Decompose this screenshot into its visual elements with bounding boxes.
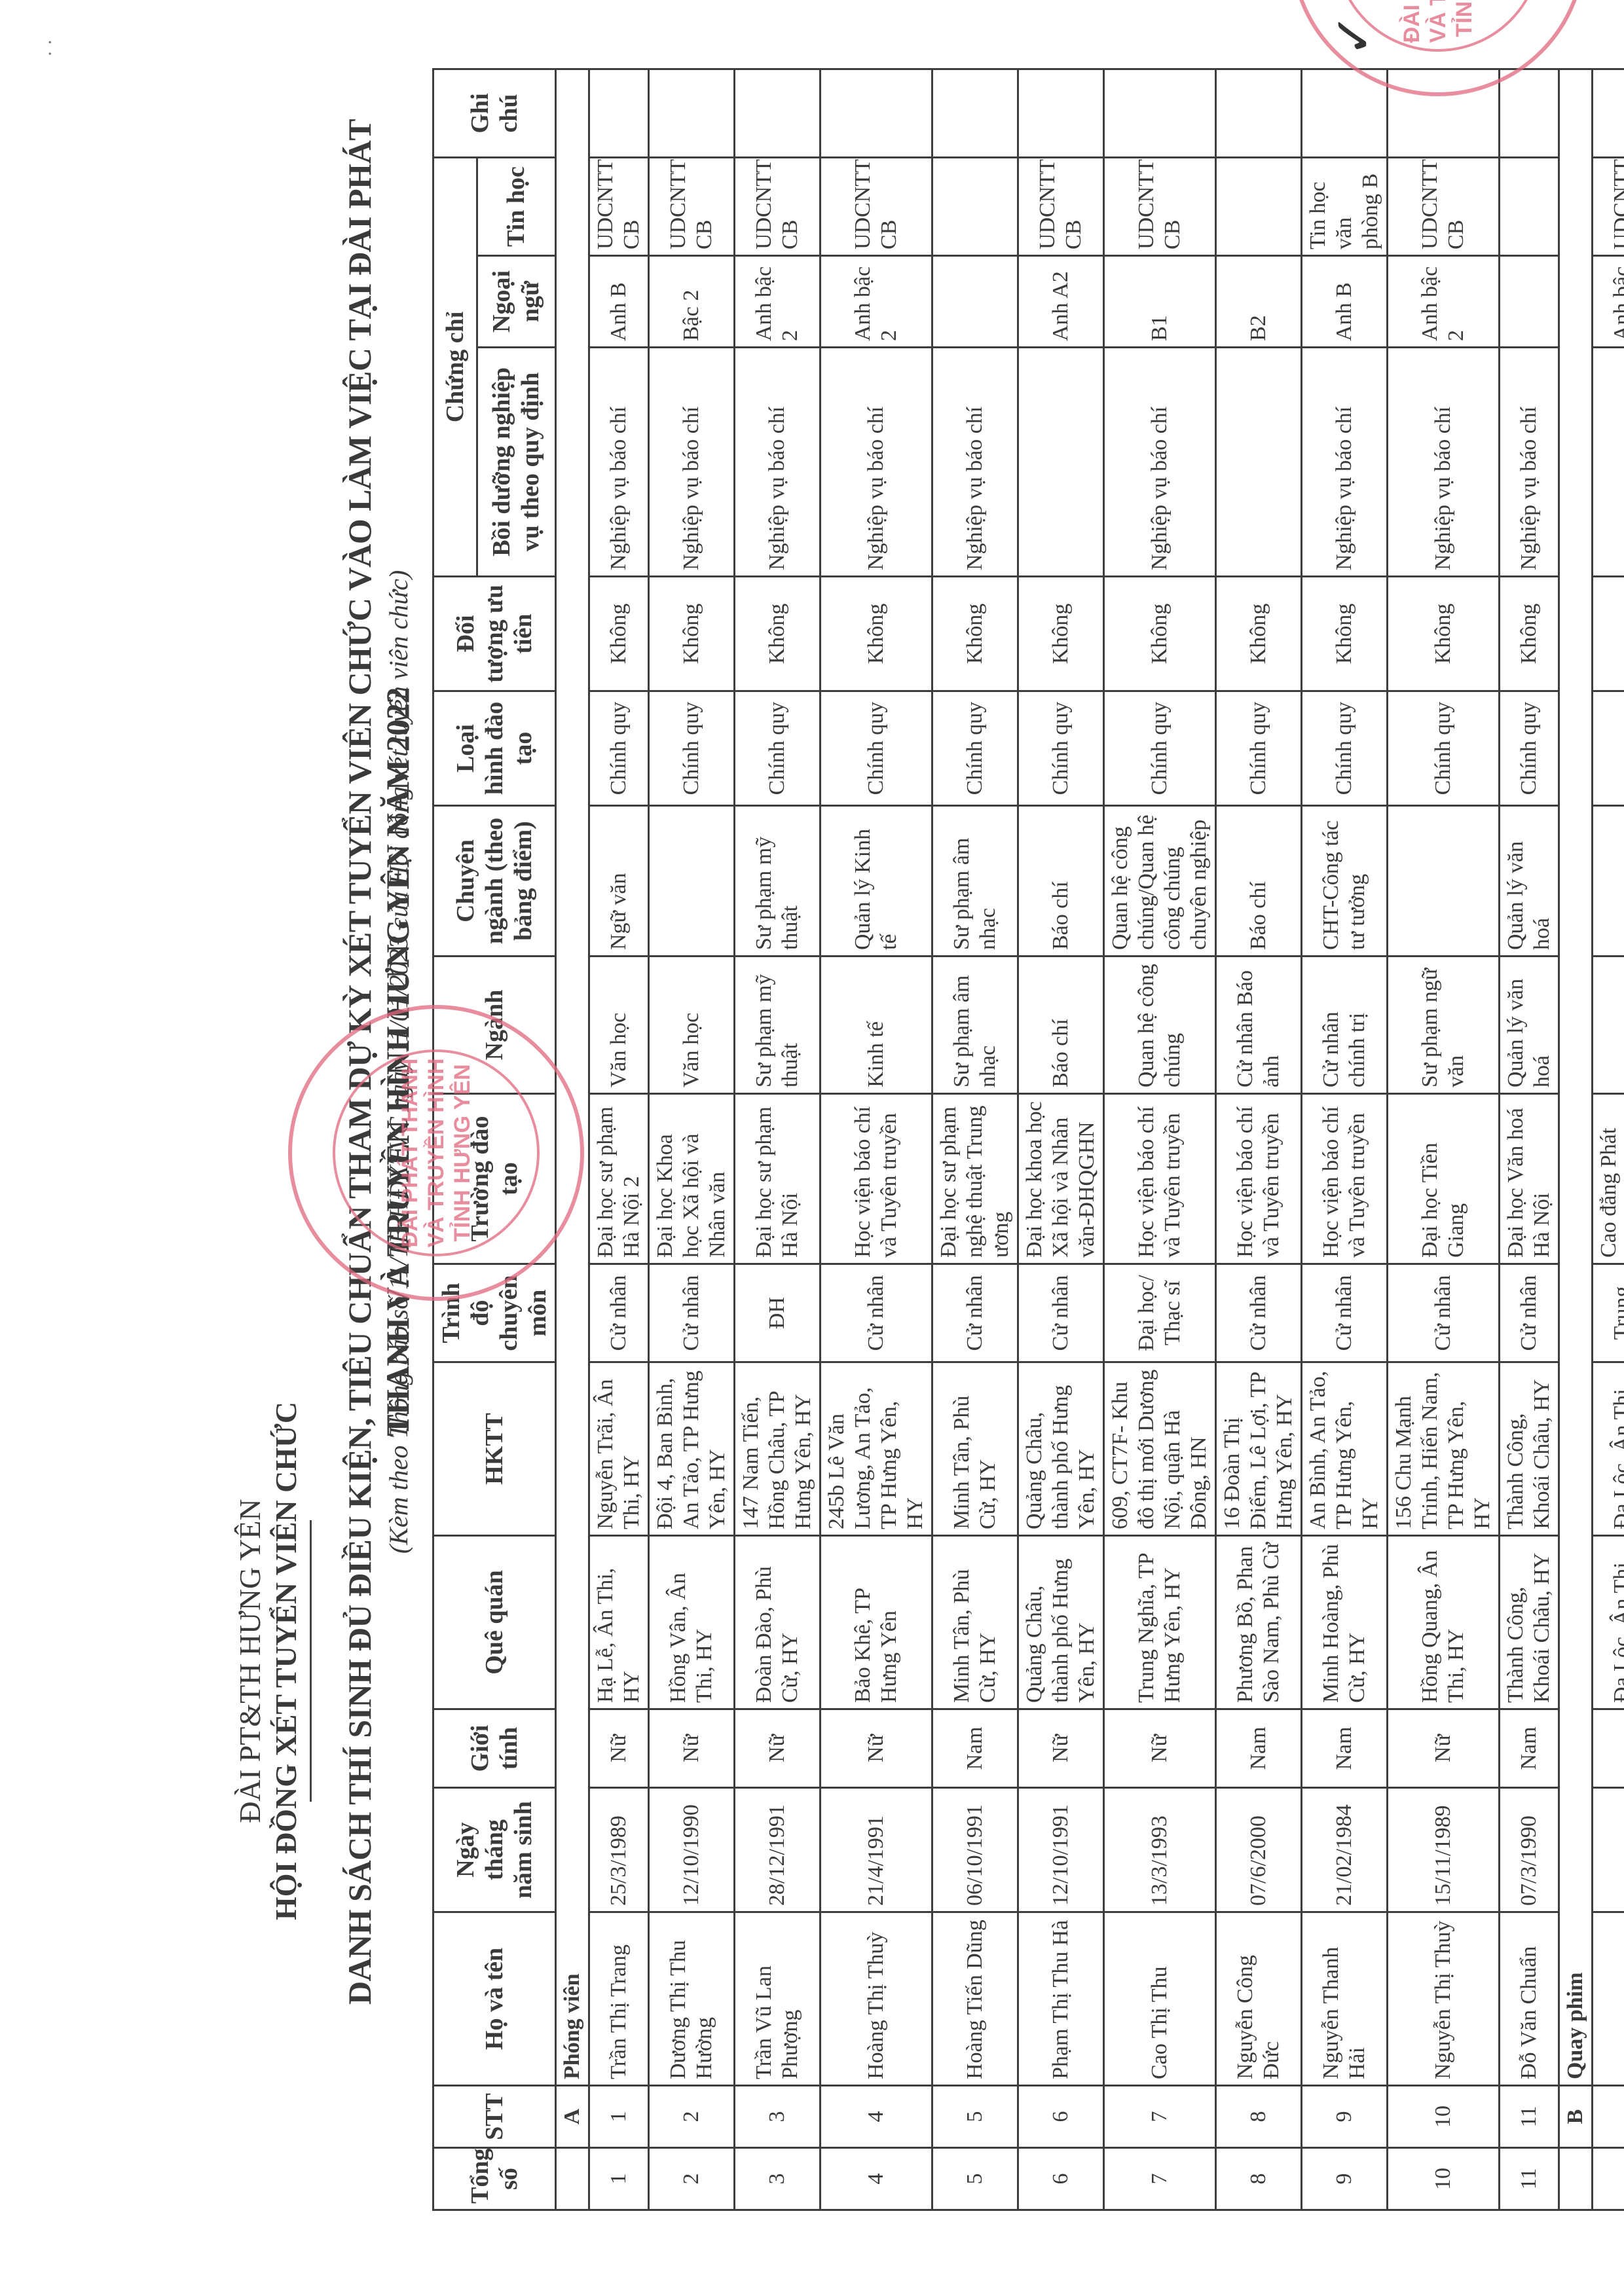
cell-cert-it: UDCNTT CB (821, 158, 932, 256)
cell-notes (1216, 69, 1302, 158)
cell-hometown: Đoàn Đào, Phù Cừ, HY (735, 1536, 821, 1709)
cell-training-type: Chính quy (735, 691, 821, 806)
table-row: 99Nguyễn Thanh Hải21/02/1984NamMinh Hoàn… (1302, 69, 1388, 2210)
initial-signature: ✓ (1323, 13, 1384, 57)
header-hometown: Quê quán (434, 1536, 556, 1709)
cell-name: Nguyễn Công Đức (1216, 1912, 1302, 2086)
cell-cert-training: Nghiệp vụ báo chí (649, 348, 735, 577)
cell-stt: 2 (649, 2086, 735, 2148)
cell-specialization: Ngữ văn (589, 806, 649, 957)
cell-notes (589, 69, 649, 158)
cell-priority: Không (649, 577, 735, 691)
cell-residence: Quảng Châu, thành phố Hưng Yên, HY (1018, 1362, 1104, 1536)
cell-priority: Không (1104, 577, 1216, 691)
header-gender: Giới tính (434, 1709, 556, 1788)
cell-name: Hoàng Thị Thuỳ (821, 1912, 932, 2086)
cell-residence: 156 Chu Mạnh Trinh, Hiến Nam, TP Hưng Yê… (1388, 1362, 1500, 1536)
cell-notes (1018, 69, 1104, 158)
cell-priority: Không (1302, 577, 1388, 691)
table-row: 1010Nguyễn Thị Thuỳ15/11/1989NữHồng Quan… (1388, 69, 1500, 2210)
cell-level: Cử nhân (1216, 1264, 1302, 1362)
cell-level: ĐH (735, 1264, 821, 1362)
cell-specialization: Báo chí (1018, 806, 1104, 957)
cell-notes (1593, 69, 1624, 158)
cell-cert-it: UDCNTT CB (1018, 158, 1104, 256)
cell-gender: Nữ (821, 1709, 932, 1788)
cell-hometown: Minh Tân, Phù Cừ, HY (932, 1536, 1018, 1709)
cell-dob: 13/3/1993 (1104, 1788, 1216, 1912)
cell-cert-training (1593, 348, 1624, 577)
cell-residence: Đa Lộc, Ân Thi, HY (1593, 1362, 1624, 1536)
cell-cert-it (932, 158, 1018, 256)
cell-level: Cử nhân (821, 1264, 932, 1362)
cell-cert-it: UDCNTT CB (1104, 158, 1216, 256)
cell-cert-training: Nghiệp vụ báo chí (821, 348, 932, 577)
cell-specialization: Quan hệ công chúng/Quan hệ công chúng ch… (1104, 806, 1216, 957)
header-cert-training: Bồi dưỡng nghiệp vụ theo quy định (477, 348, 555, 577)
cell-name: Nguyễn Thị Thuỳ (1388, 1912, 1500, 2086)
cell-dob: 12/10/1991 (1018, 1788, 1104, 1912)
cell-major: Kinh tế (821, 957, 932, 1094)
cell-priority: Không (1018, 577, 1104, 691)
cell-gender: Nữ (735, 1709, 821, 1788)
cell-residence: 609, CT7F- Khu đô thị mới Dương Nội, quậ… (1104, 1362, 1216, 1536)
cell-priority: Không (821, 577, 932, 691)
cell-major: Quản lý văn hoá (1500, 957, 1559, 1094)
table-body: APhóng viên11Trần Thị Trang25/3/1989NữHạ… (556, 69, 1624, 2210)
cell-notes (1500, 69, 1559, 158)
cell-school: Đại học Tiền Giang (1388, 1094, 1500, 1264)
cell-residence: Thành Công, Khoái Châu, HY (1500, 1362, 1559, 1536)
cell-notes (821, 69, 932, 158)
cell-hometown: Thành Công, Khoái Châu, HY (1500, 1536, 1559, 1709)
cell-stt: 4 (821, 2086, 932, 2148)
cell-notes (932, 69, 1018, 158)
header-specialization: Chuyên ngành (theo bảng điểm) (434, 806, 556, 957)
cell-school: Học viện báo chí và Tuyên truyền (1216, 1094, 1302, 1264)
cell-stt: 5 (932, 2086, 1018, 2148)
cell-priority: Không (1216, 577, 1302, 691)
cell-cert-it: UDCNTT CB (735, 158, 821, 256)
cell-level: Cử nhân (1500, 1264, 1559, 1362)
table-row: 55Hoàng Tiến Dũng06/10/1991NamMinh Tân, … (932, 69, 1018, 2210)
table-row: 77Cao Thị Thu13/3/1993NữTrung Nghĩa, TP … (1104, 69, 1216, 2210)
cell-training-type: Chính quy (1388, 691, 1500, 806)
scan-marks: · · (39, 39, 62, 57)
cell-school: Đại học sư phạm Hà Nội 2 (589, 1094, 649, 1264)
cell-school: Đại học khoa học Xã hội và Nhân văn-ĐHQG… (1018, 1094, 1104, 1264)
cell-name: Trần Thị Trang (589, 1912, 649, 2086)
cell-level: Trung cấp (1593, 1264, 1624, 1362)
cell-cert-language: Anh B (589, 256, 649, 348)
cell-total: 4 (821, 2148, 932, 2210)
cell-stt: 8 (1216, 2086, 1302, 2148)
cell-school: Đại học Văn hoá Hà Nội (1500, 1094, 1559, 1264)
cell-specialization: Quản lý văn hoá (1500, 806, 1559, 957)
cell-total: 12 (1593, 2148, 1624, 2210)
cell-stt: 9 (1302, 2086, 1388, 2148)
cell-dob: 21/4/1991 (821, 1788, 932, 1912)
cell-specialization: Sư phạm mỹ thuật (735, 806, 821, 957)
cell-notes (735, 69, 821, 158)
cell-specialization: Quản lý Kinh tế (821, 806, 932, 957)
cell-cert-language: Anh bậc 2 (1593, 256, 1624, 348)
cell-dob: 12/10/1990 (649, 1788, 735, 1912)
cell-major: Sư phạm âm nhạc (932, 957, 1018, 1094)
cell-total: 10 (1388, 2148, 1500, 2210)
cell-stt: 1 (1593, 2086, 1624, 2148)
cell-name: Cao Thị Thu (1104, 1912, 1216, 2086)
header-training-type: Loại hình đào tạo (434, 691, 556, 806)
cell-major: Sư phạm mỹ thuật (735, 957, 821, 1094)
cell-priority: Không (1593, 577, 1624, 691)
section-row: BQuay phim (1559, 69, 1593, 2210)
cell-school: Đại học Khoa học Xã hội và Nhân văn (649, 1094, 735, 1264)
table-row: 11Trần Thị Trang25/3/1989NữHạ Lễ, Ân Thi… (589, 69, 649, 2210)
cell-specialization (1388, 806, 1500, 957)
header-priority: Đối tượng ưu tiên (434, 577, 556, 691)
cell-stt: 1 (589, 2086, 649, 2148)
cell-cert-training: Nghiệp vụ báo chí (1388, 348, 1500, 577)
cell-specialization: CHT-Công tác tư tưởng (1302, 806, 1388, 957)
cell-cert-language: Anh B (1302, 256, 1388, 348)
cell-priority: Không (735, 577, 821, 691)
cell-school: Học viện báo chí và Tuyên truyền (1104, 1094, 1216, 1264)
cell-gender: Nam (1593, 1709, 1624, 1788)
header-stt: STT (434, 2086, 556, 2148)
cell-dob: 07/6/2000 (1216, 1788, 1302, 1912)
cell-total: 6 (1018, 2148, 1104, 2210)
cell-stt: 3 (735, 2086, 821, 2148)
cell-school: Cao đẳng Phát thanh và Truyền hình (1593, 1094, 1624, 1264)
cell-cert-it (1216, 158, 1302, 256)
cell-hometown: Đa Lộc, Ân Thi, HY (1593, 1536, 1624, 1709)
cell-stt: 6 (1018, 2086, 1104, 2148)
cell-name: Trần Vũ Lan Phượng (735, 1912, 821, 2086)
cell-training-type: Chính quy (1018, 691, 1104, 806)
cell-dob: 21/02/1984 (1302, 1788, 1388, 1912)
cell-major: Quan hệ công chúng (1104, 957, 1216, 1094)
official-stamp: ĐÀI PHÁT THANH VÀ TRUYỀN HÌNH TỈNH HƯNG … (288, 1005, 584, 1301)
cell-gender: Nữ (1018, 1709, 1104, 1788)
section-total-cell (556, 2148, 589, 2210)
header-underline (310, 1520, 312, 1802)
section-code: A (556, 2086, 589, 2148)
section-code: B (1559, 2086, 1593, 2148)
cell-major: Cử nhân Báo ảnh (1216, 957, 1302, 1094)
cell-dob: 06/10/1991 (932, 1788, 1018, 1912)
cell-level: Đại học/ Thạc sĩ (1104, 1264, 1216, 1362)
cell-priority: Không (589, 577, 649, 691)
cell-specialization: Sư phạm âm nhạc (932, 806, 1018, 957)
cell-notes (1302, 69, 1388, 158)
cell-training-type: Chính quy (589, 691, 649, 806)
cell-major: Sư phạm ngữ văn (1388, 957, 1500, 1094)
cell-cert-it: UDCNTT CB (589, 158, 649, 256)
cell-residence: Minh Tân, Phù Cừ, HY (932, 1362, 1018, 1536)
cell-gender: Nữ (649, 1709, 735, 1788)
cell-name: Đỗ Văn Chuẩn (1500, 1912, 1559, 2086)
cell-cert-language (932, 256, 1018, 348)
cell-stt: 7 (1104, 2086, 1216, 2148)
cell-cert-language: Anh A2 (1018, 256, 1104, 348)
cell-name: Hoàng Phú Thái (1593, 1912, 1624, 2086)
cell-residence: 16 Đoàn Thị Điểm, Lê Lợi, TP Hưng Yên, H… (1216, 1362, 1302, 1536)
cell-cert-training: Nghiệp vụ báo chí (735, 348, 821, 577)
header-total: Tổng số (434, 2148, 556, 2210)
cell-dob: 21/9/1987 (1593, 1788, 1624, 1912)
cell-residence: An Bình, An Tảo, TP Hưng Yên, HY (1302, 1362, 1388, 1536)
cell-total: 9 (1302, 2148, 1388, 2210)
cell-total: 5 (932, 2148, 1018, 2210)
cell-training-type: Chính quy (821, 691, 932, 806)
cell-major: Văn học (589, 957, 649, 1094)
cell-total: 11 (1500, 2148, 1559, 2210)
cell-major: Cử nhân chính trị (1302, 957, 1388, 1094)
cell-hometown: Hồng Vân, Ân Thi, HY (649, 1536, 735, 1709)
cell-training-type: Chính quy (649, 691, 735, 806)
table-row: 1111Đỗ Văn Chuẩn07/3/1990NamThành Công, … (1500, 69, 1559, 2210)
cell-notes (1104, 69, 1216, 158)
section-label: Quay phim (1559, 69, 1593, 2086)
cell-cert-language: Anh bậc 2 (1388, 256, 1500, 348)
cell-cert-training: Nghiệp vụ báo chí (1302, 348, 1388, 577)
cell-stt: 10 (1388, 2086, 1500, 2148)
cell-specialization (649, 806, 735, 957)
cell-cert-training (1216, 348, 1302, 577)
stamp-inner-text: ĐÀI PHÁT THANH VÀ TRUYỀN HÌNH TỈNH HƯNG … (333, 1049, 540, 1256)
cell-name: Hoàng Tiến Dũng (932, 1912, 1018, 2086)
cell-total: 1 (589, 2148, 649, 2210)
cell-stt: 11 (1500, 2086, 1559, 2148)
cell-hometown: Minh Hoàng, Phù Cừ, HY (1302, 1536, 1388, 1709)
cell-training-type: Chính quy (1302, 691, 1388, 806)
cell-dob: 15/11/1989 (1388, 1788, 1500, 1912)
cell-training-type: Chính quy (1500, 691, 1559, 806)
cell-training-type: Chính quy (1593, 691, 1624, 806)
cell-level: Cử nhân (1388, 1264, 1500, 1362)
cell-gender: Nữ (1104, 1709, 1216, 1788)
cell-cert-training: Nghiệp vụ báo chí (1500, 348, 1559, 577)
cell-residence: Nguyễn Trãi, Ân Thi, HY (589, 1362, 649, 1536)
cell-specialization: Báo chí (1216, 806, 1302, 957)
cell-priority: Không (1388, 577, 1500, 691)
table-row: 66Phạm Thị Thu Hà12/10/1991NữQuảng Châu,… (1018, 69, 1104, 2210)
cell-hometown: Bảo Khê, TP Hưng Yên (821, 1536, 932, 1709)
cell-dob: 28/12/1991 (735, 1788, 821, 1912)
cell-total: 7 (1104, 2148, 1216, 2210)
cell-priority: Không (1500, 577, 1559, 691)
header-residence: HKTT (434, 1362, 556, 1536)
table-row: 44Hoàng Thị Thuỳ21/4/1991NữBảo Khê, TP H… (821, 69, 932, 2210)
cell-dob: 25/3/1989 (589, 1788, 649, 1912)
cell-cert-language: B1 (1104, 256, 1216, 348)
cell-cert-language: B2 (1216, 256, 1302, 348)
cell-gender: Nam (932, 1709, 1018, 1788)
cell-training-type: Chính quy (932, 691, 1018, 806)
cell-cert-training: Nghiệp vụ báo chí (589, 348, 649, 577)
cell-hometown: Trung Nghĩa, TP Hưng Yên, HY (1104, 1536, 1216, 1709)
council-name: HỘI ĐỒNG XÉT TUYỂN VIÊN CHỨC (268, 1393, 304, 1929)
cell-cert-it: UDCNTT CB (1593, 158, 1624, 256)
cell-cert-language: Anh bậc 2 (735, 256, 821, 348)
cell-total: 2 (649, 2148, 735, 2210)
header-cert-language: Ngoại ngữ (477, 256, 555, 348)
cell-level: Cử nhân (649, 1264, 735, 1362)
table-row: 121Hoàng Phú Thái21/9/1987NamĐa Lộc, Ân … (1593, 69, 1624, 2210)
table-row: 22Dương Thị Thu Hường12/10/1990NữHồng Vâ… (649, 69, 735, 2210)
cell-total: 3 (735, 2148, 821, 2210)
cell-cert-language: Anh bậc 2 (821, 256, 932, 348)
cell-cert-it (1500, 158, 1559, 256)
cell-residence: Đội 4, Ban Bình, An Tảo, TP Hưng Yên, HY (649, 1362, 735, 1536)
header-notes: Ghi chú (434, 69, 556, 158)
cell-level: Cử nhân (589, 1264, 649, 1362)
cell-hometown: Quảng Châu, thành phố Hưng Yên, HY (1018, 1536, 1104, 1709)
cell-cert-language: Bậc 2 (649, 256, 735, 348)
cell-major: Văn học (649, 957, 735, 1094)
cell-specialization: Quay phim (1593, 806, 1624, 957)
cell-cert-training: Nghiệp vụ báo chí (932, 348, 1018, 577)
header-dob: Ngày tháng năm sinh (434, 1788, 556, 1912)
cell-school: Học viện báo chí và Tuyên truyền (1302, 1094, 1388, 1264)
organization-name: ĐÀI PT&TH HƯNG YÊN (232, 1393, 268, 1929)
table-row: 33Trần Vũ Lan Phượng28/12/1991NữĐoàn Đào… (735, 69, 821, 2210)
cell-school: Đại học sư phạm Hà Nội (735, 1094, 821, 1264)
cell-level: Cử nhân (1018, 1264, 1104, 1362)
cell-gender: Nữ (1388, 1709, 1500, 1788)
cell-level: Cử nhân (932, 1264, 1018, 1362)
cell-major: Báo chí (1018, 957, 1104, 1094)
cell-school: Học viện báo chí và Tuyên truyền (821, 1094, 932, 1264)
cell-cert-it: Tin học văn phòng B (1302, 158, 1388, 256)
cell-cert-language (1500, 256, 1559, 348)
cell-name: Nguyễn Thanh Hải (1302, 1912, 1388, 2086)
header-certificates: Chứng chỉ (434, 158, 477, 577)
cell-training-type: Chính quy (1104, 691, 1216, 806)
candidate-table: Tổng số STT Họ và tên Ngày tháng năm sin… (432, 68, 1624, 2211)
cell-cert-training: Nghiệp vụ báo chí (1104, 348, 1216, 577)
document-header: ĐÀI PT&TH HƯNG YÊN HỘI ĐỒNG XÉT TUYỂN VI… (232, 1393, 312, 1929)
cell-school: Đại học sư phạm nghệ thuật Trung ương (932, 1094, 1018, 1264)
cell-hometown: Hồng Quang, Ân Thi, HY (1388, 1536, 1500, 1709)
cell-name: Phạm Thị Thu Hà (1018, 1912, 1104, 2086)
cell-cert-it: UDCNTT CB (1388, 158, 1500, 256)
cell-gender: Nam (1500, 1709, 1559, 1788)
cell-name: Dương Thị Thu Hường (649, 1912, 735, 2086)
cell-hometown: Phương Bồ, Phan Sào Nam, Phù Cừ (1216, 1536, 1302, 1709)
cell-major: Quay phim (1593, 957, 1624, 1094)
cell-notes (649, 69, 735, 158)
table-row: 88Nguyễn Công Đức07/6/2000NamPhương Bồ, … (1216, 69, 1302, 2210)
document-sheet: · · ĐÀI PT&TH HƯNG YÊN HỘI ĐỒNG XÉT TUYỂ… (0, 0, 1624, 2296)
cell-gender: Nữ (589, 1709, 649, 1788)
section-total-cell (1559, 2148, 1593, 2210)
cell-cert-it: UDCNTT CB (649, 158, 735, 256)
header-name: Họ và tên (434, 1912, 556, 2086)
cell-gender: Nam (1302, 1709, 1388, 1788)
cell-residence: 245b Lê Văn Lương, An Tảo, TP Hưng Yên, … (821, 1362, 932, 1536)
cell-total: 8 (1216, 2148, 1302, 2210)
header-cert-it: Tin học (477, 158, 555, 256)
cell-residence: 147 Nam Tiến, Hồng Châu, TP Hưng Yên, HY (735, 1362, 821, 1536)
cell-hometown: Hạ Lễ, Ân Thi, HY (589, 1536, 649, 1709)
cell-cert-training (1018, 348, 1104, 577)
cell-priority: Không (932, 577, 1018, 691)
cell-level: Cử nhân (1302, 1264, 1388, 1362)
cell-gender: Nam (1216, 1709, 1302, 1788)
cell-dob: 07/3/1990 (1500, 1788, 1559, 1912)
cell-training-type: Chính quy (1216, 691, 1302, 806)
